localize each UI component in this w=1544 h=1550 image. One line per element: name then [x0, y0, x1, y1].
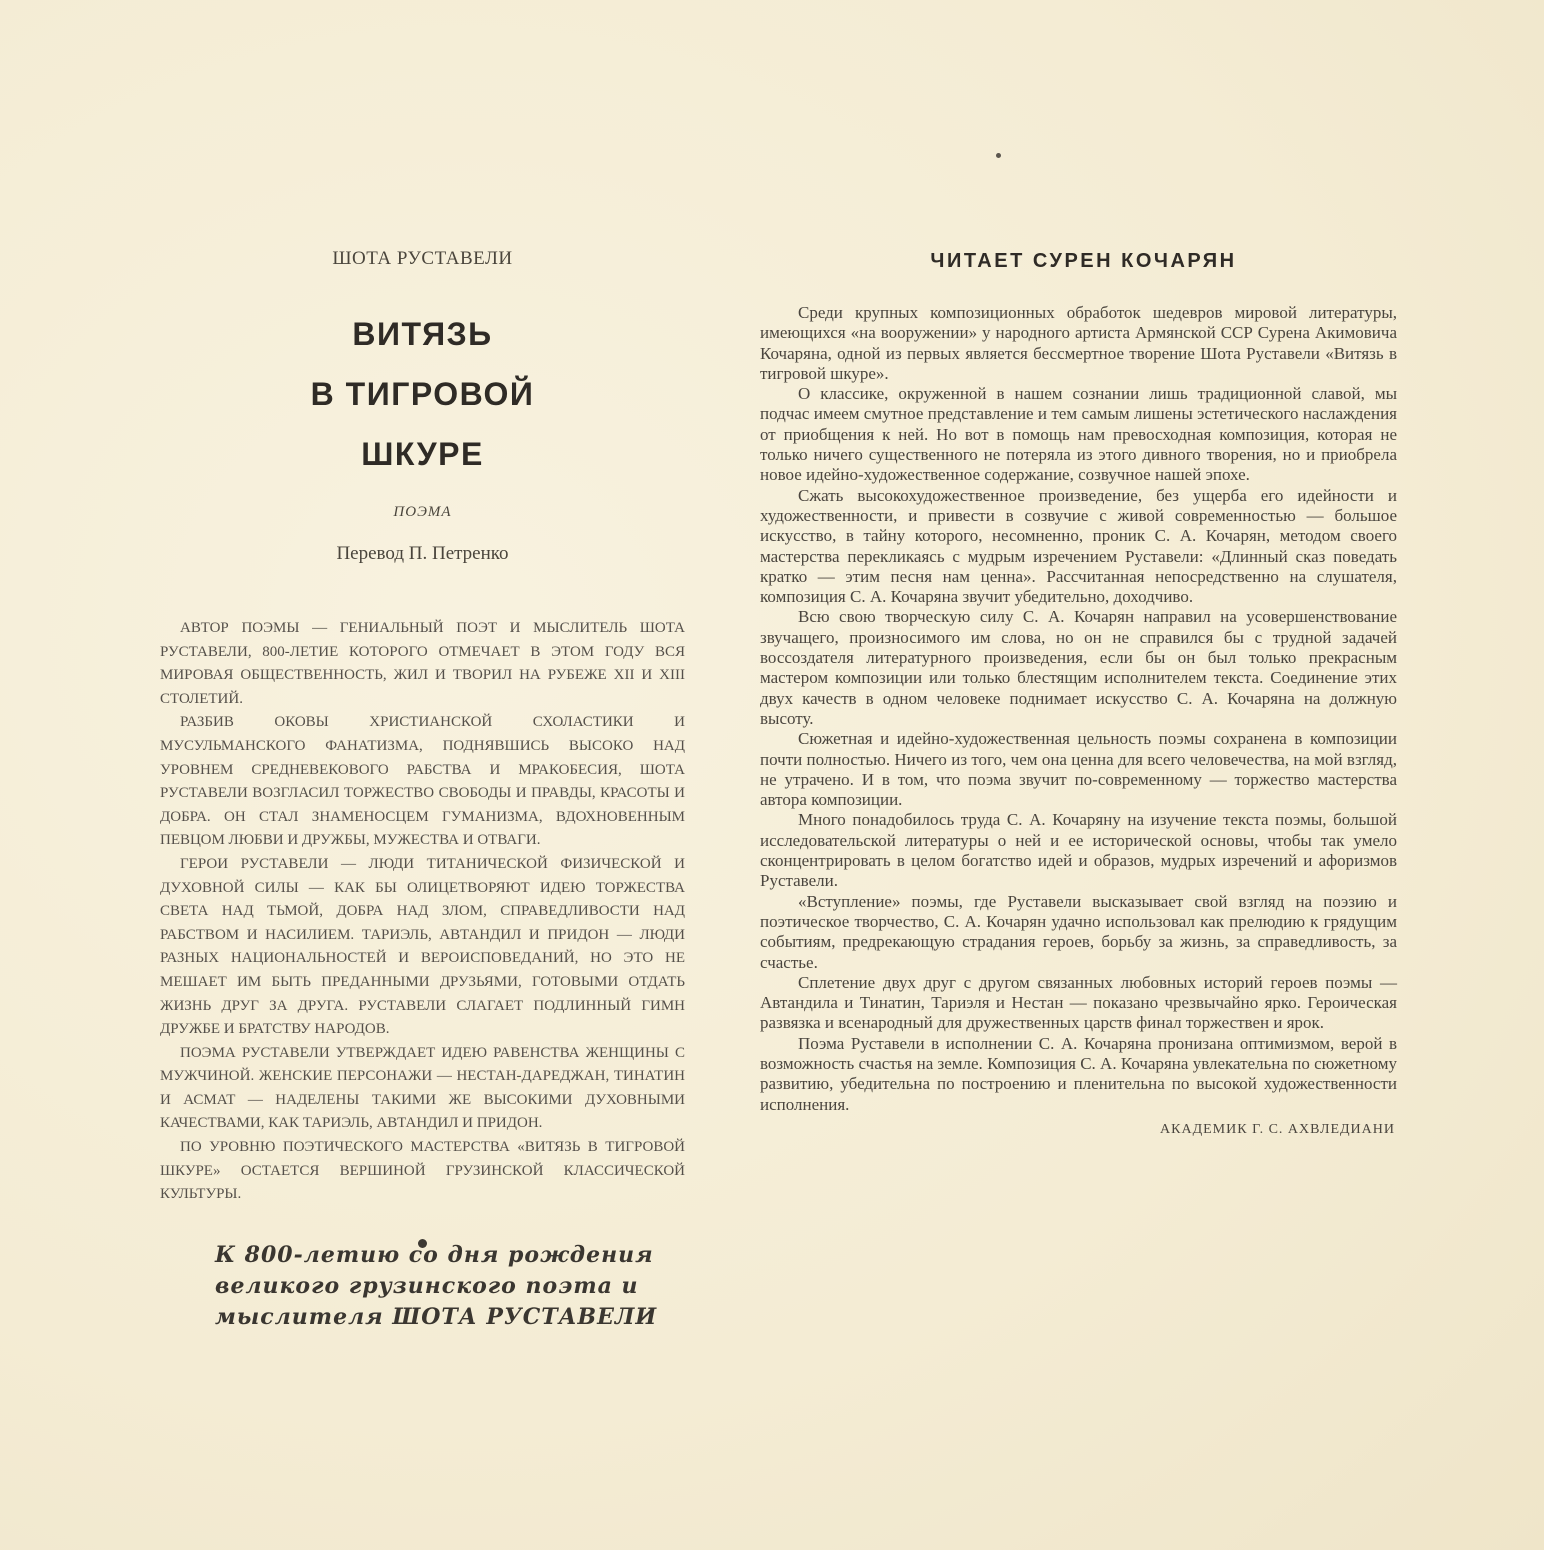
- intro-paragraph: Герои Руставели — люди титанической физи…: [160, 853, 685, 1042]
- essay-paragraph: Сжать высокохудожественное произведение,…: [760, 486, 1397, 608]
- intro-paragraph: Поэма Руставели утверждает идею равенств…: [160, 1042, 685, 1136]
- poem-title: ВИТЯЗЬ В ТИГРОВОЙ ШКУРЕ: [160, 304, 685, 484]
- right-page: ЧИТАЕТ СУРЕН КОЧАРЯН Среди крупных компо…: [760, 250, 1397, 1138]
- intro-text: Автор поэмы — гениальный поэт и мыслител…: [160, 617, 685, 1207]
- title-line: В ТИГРОВОЙ: [160, 364, 685, 424]
- author-name: ШОТА РУСТАВЕЛИ: [160, 248, 685, 270]
- intro-paragraph: Автор поэмы — гениальный поэт и мыслител…: [160, 617, 685, 711]
- essay-paragraph: Сюжетная и идейно-художественная цельнос…: [760, 729, 1397, 810]
- essay-paragraph: Много понадобилось труда С. А. Кочаряну …: [760, 810, 1397, 891]
- reader-heading: ЧИТАЕТ СУРЕН КОЧАРЯН: [760, 250, 1397, 273]
- genre-label: ПОЭМА: [160, 504, 685, 521]
- essay-paragraph: О классике, окруженной в нашем сознании …: [760, 384, 1397, 485]
- essay-paragraph: Поэма Руставели в исполнении С. А. Кочар…: [760, 1034, 1397, 1115]
- dedication-line: великого грузинского поэта и: [215, 1271, 645, 1302]
- left-page: ШОТА РУСТАВЕЛИ ВИТЯЗЬ В ТИГРОВОЙ ШКУРЕ П…: [160, 240, 685, 1248]
- title-line: ШКУРЕ: [160, 424, 685, 484]
- essay-paragraph: Среди крупных композиционных обработок ш…: [760, 303, 1397, 384]
- dedication-line: мыслителя ШОТА РУСТАВЕЛИ: [215, 1302, 645, 1333]
- translator-credit: Перевод П. Петренко: [160, 543, 685, 565]
- signature: АКАДЕМИК Г. С. АХВЛЕДИАНИ: [760, 1122, 1397, 1138]
- essay-text: Среди крупных композиционных обработок ш…: [760, 303, 1397, 1115]
- dedication-line: К 800-летию со дня рождения: [215, 1240, 645, 1271]
- title-line: ВИТЯЗЬ: [160, 304, 685, 364]
- essay-paragraph: Всю свою творческую силу С. А. Кочарян н…: [760, 607, 1397, 729]
- intro-paragraph: По уровню поэтического мастерства «Витяз…: [160, 1136, 685, 1207]
- print-speck: [996, 153, 1001, 158]
- dedication: К 800-летию со дня рождения великого гру…: [215, 1240, 645, 1333]
- intro-paragraph: Разбив оковы христианской схоластики и м…: [160, 711, 685, 853]
- essay-paragraph: Сплетение двух друг с другом связанных л…: [760, 973, 1397, 1034]
- essay-paragraph: «Вступление» поэмы, где Руставели высказ…: [760, 892, 1397, 973]
